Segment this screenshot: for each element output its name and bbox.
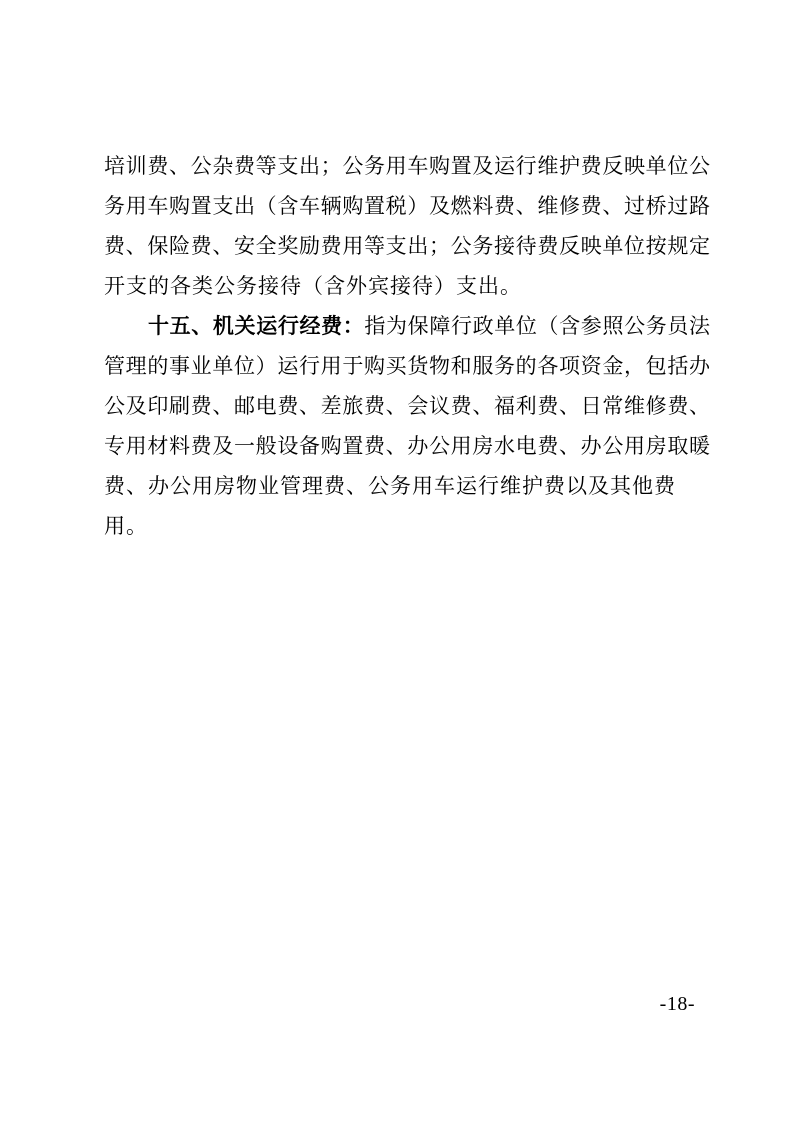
text-line: 十五、机关运行经费：指为保障行政单位（含参照公务员法 (104, 306, 710, 346)
paragraph-continuation: 培训费、公杂费等支出；公务用车购置及运行维护费反映单位公 务用车购置支出（含车辆… (104, 146, 710, 306)
text-line: 公及印刷费、邮电费、差旅费、会议费、福利费、日常维修费、 (104, 386, 710, 426)
text-line: 费、办公用房物业管理费、公务用车运行维护费以及其他费用。 (104, 466, 710, 546)
document-page: 培训费、公杂费等支出；公务用车购置及运行维护费反映单位公 务用车购置支出（含车辆… (0, 0, 793, 1122)
text-line: 务用车购置支出（含车辆购置税）及燃料费、维修费、过桥过路 (104, 186, 710, 226)
page-number: -18- (660, 994, 695, 1014)
text-line: 培训费、公杂费等支出；公务用车购置及运行维护费反映单位公 (104, 146, 710, 186)
paragraph-term-15: 十五、机关运行经费：指为保障行政单位（含参照公务员法 管理的事业单位）运行用于购… (104, 306, 710, 546)
text-line: 管理的事业单位）运行用于购买货物和服务的各项资金，包括办 (104, 346, 710, 386)
document-body: 培训费、公杂费等支出；公务用车购置及运行维护费反映单位公 务用车购置支出（含车辆… (104, 146, 710, 546)
term-definition-start: 指为保障行政单位（含参照公务员法 (364, 314, 710, 338)
term-heading: 十五、机关运行经费： (148, 314, 364, 338)
text-line: 专用材料费及一般设备购置费、办公用房水电费、办公用房取暖 (104, 426, 710, 466)
text-line: 开支的各类公务接待（含外宾接待）支出。 (104, 266, 710, 306)
text-line: 费、保险费、安全奖励费用等支出；公务接待费反映单位按规定 (104, 226, 710, 266)
